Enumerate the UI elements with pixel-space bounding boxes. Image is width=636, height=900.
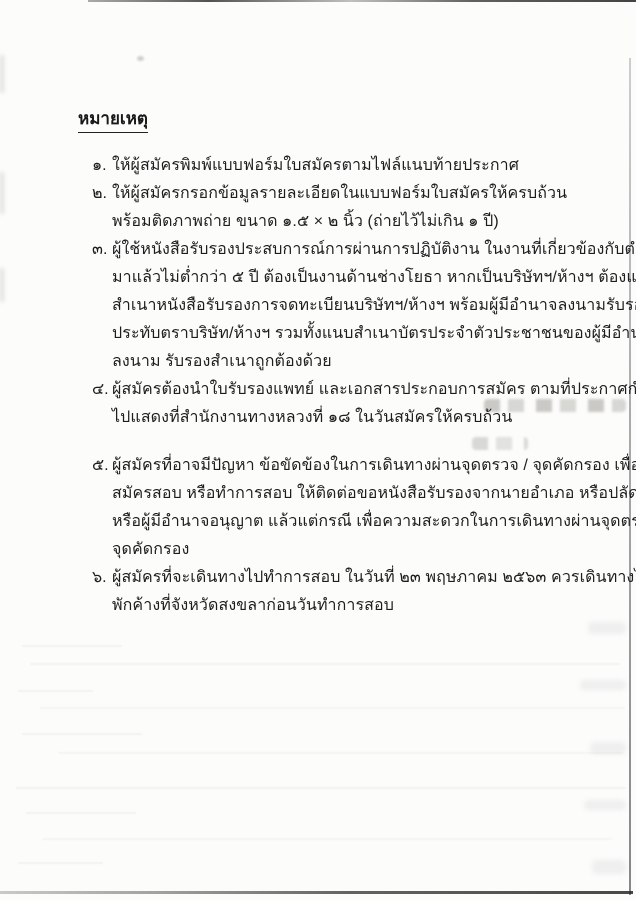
note-item-number: ๑. xyxy=(92,152,112,180)
scan-artifact-top-edge xyxy=(88,0,636,2)
bleed-through-smudge xyxy=(588,622,626,634)
note-line: พักค้างที่จังหวัดสงขลาก่อนวันทำการสอบ xyxy=(112,592,636,620)
scan-smudge xyxy=(0,55,4,93)
note-line: ผู้สมัครต้องนำใบรับรองแพทย์ และเอกสารประ… xyxy=(112,376,636,404)
note-line: ผู้สมัครที่อาจมีปัญหา ข้อขัดข้องในการเดิ… xyxy=(112,452,636,480)
bleed-through-smudge xyxy=(580,680,626,690)
bleed-through-streak xyxy=(26,812,136,814)
note-item-number: ๔. xyxy=(92,376,112,404)
notes-list: ๑. ให้ผู้สมัครพิมพ์แบบฟอร์มใบสมัครตามไฟล… xyxy=(92,152,593,620)
note-item-text: ผู้สมัครที่อาจมีปัญหา ข้อขัดข้องในการเดิ… xyxy=(112,452,636,564)
note-item-4: ๔. ผู้สมัครต้องนำใบรับรองแพทย์ และเอกสาร… xyxy=(92,376,593,432)
notes-header: หมายเหตุ xyxy=(78,107,148,133)
note-item-2: ๒. ให้ผู้สมัครกรอกข้อมูลรายละเอียดในแบบฟ… xyxy=(92,180,593,236)
note-item-5: ๕. ผู้สมัครที่อาจมีปัญหา ข้อขัดข้องในการ… xyxy=(92,452,593,564)
scanned-document-page: หมายเหตุ ๑. ให้ผู้สมัครพิมพ์แบบฟอร์มใบสม… xyxy=(0,0,636,900)
note-line: ผู้ใช้หนังสือรับรองประสบการณ์การผ่านการป… xyxy=(112,236,636,264)
note-line: ให้ผู้สมัครกรอกข้อมูลรายละเอียดในแบบฟอร์… xyxy=(112,180,593,208)
note-line: สมัครสอบ หรือทำการสอบ ให้ติดต่อขอหนังสือ… xyxy=(112,480,636,508)
note-line: หรือผู้มีอำนาจอนุญาต แล้วแต่กรณี เพื่อคว… xyxy=(112,508,636,536)
bleed-through-streak xyxy=(22,645,122,647)
note-item-number: ๖. xyxy=(92,564,112,592)
note-item-text: ผู้ใช้หนังสือรับรองประสบการณ์การผ่านการป… xyxy=(112,236,636,376)
bleed-through-streak xyxy=(18,862,103,864)
scan-smudge xyxy=(0,172,4,214)
notes-section: หมายเหตุ ๑. ให้ผู้สมัครพิมพ์แบบฟอร์มใบสม… xyxy=(78,107,593,620)
note-line: ลงนาม รับรองสำเนาถูกต้องด้วย xyxy=(112,348,636,376)
note-line: สำเนาหนังสือรับรองการจดทะเบียนบริษัทฯ/ห้… xyxy=(112,292,636,320)
bleed-through-streak xyxy=(30,663,620,665)
note-item-text: ผู้สมัครต้องนำใบรับรองแพทย์ และเอกสารประ… xyxy=(112,376,636,432)
scan-stray-dot xyxy=(137,56,144,61)
bleed-through-smudge xyxy=(590,742,626,754)
note-item-number: ๓. xyxy=(92,236,112,264)
note-line: ประทับตราบริษัท/ห้างฯ รวมทั้งแนบสำเนาบัต… xyxy=(112,320,636,348)
note-item-text: ผู้สมัครที่จะเดินทางไปทำการสอบ ในวันที่ … xyxy=(112,564,636,620)
note-item-text: ให้ผู้สมัครพิมพ์แบบฟอร์มใบสมัครตามไฟล์แน… xyxy=(112,152,593,180)
note-line: ผู้สมัครที่จะเดินทางไปทำการสอบ ในวันที่ … xyxy=(112,564,636,592)
bleed-through-smudge xyxy=(592,860,626,874)
bleed-through-streak xyxy=(22,733,142,735)
bleed-through-streak xyxy=(42,838,612,840)
bleed-through-streak xyxy=(58,752,623,754)
bleed-through-streak xyxy=(40,707,625,709)
note-item-number: ๕. xyxy=(92,452,112,480)
note-item-6: ๖. ผู้สมัครที่จะเดินทางไปทำการสอบ ในวันท… xyxy=(92,564,593,620)
bleed-through-streak xyxy=(18,690,93,692)
note-item-1: ๑. ให้ผู้สมัครพิมพ์แบบฟอร์มใบสมัครตามไฟล… xyxy=(92,152,593,180)
note-line: พร้อมติดภาพถ่าย ขนาด ๑.๕ × ๒ นิ้ว (ถ่ายไ… xyxy=(112,208,593,236)
note-line: ให้ผู้สมัครพิมพ์แบบฟอร์มใบสมัครตามไฟล์แน… xyxy=(112,152,593,180)
note-item-text: ให้ผู้สมัครกรอกข้อมูลรายละเอียดในแบบฟอร์… xyxy=(112,180,593,236)
scan-artifact-bottom-edge xyxy=(0,891,633,894)
note-line: มาแล้วไม่ต่ำกว่า ๕ ปี ต้องเป็นงานด้านช่า… xyxy=(112,264,636,292)
scan-smudge xyxy=(0,268,4,302)
bleed-through-streak xyxy=(16,787,626,789)
note-line: ไปแสดงที่สำนักงานทางหลวงที่ ๑๘ ในวันสมัค… xyxy=(112,404,636,432)
note-line: จุดคัดกรอง xyxy=(112,536,636,564)
note-item-number: ๒. xyxy=(92,180,112,208)
bleed-through-smudge xyxy=(584,800,626,810)
note-item-3: ๓. ผู้ใช้หนังสือรับรองประสบการณ์การผ่านก… xyxy=(92,236,593,376)
